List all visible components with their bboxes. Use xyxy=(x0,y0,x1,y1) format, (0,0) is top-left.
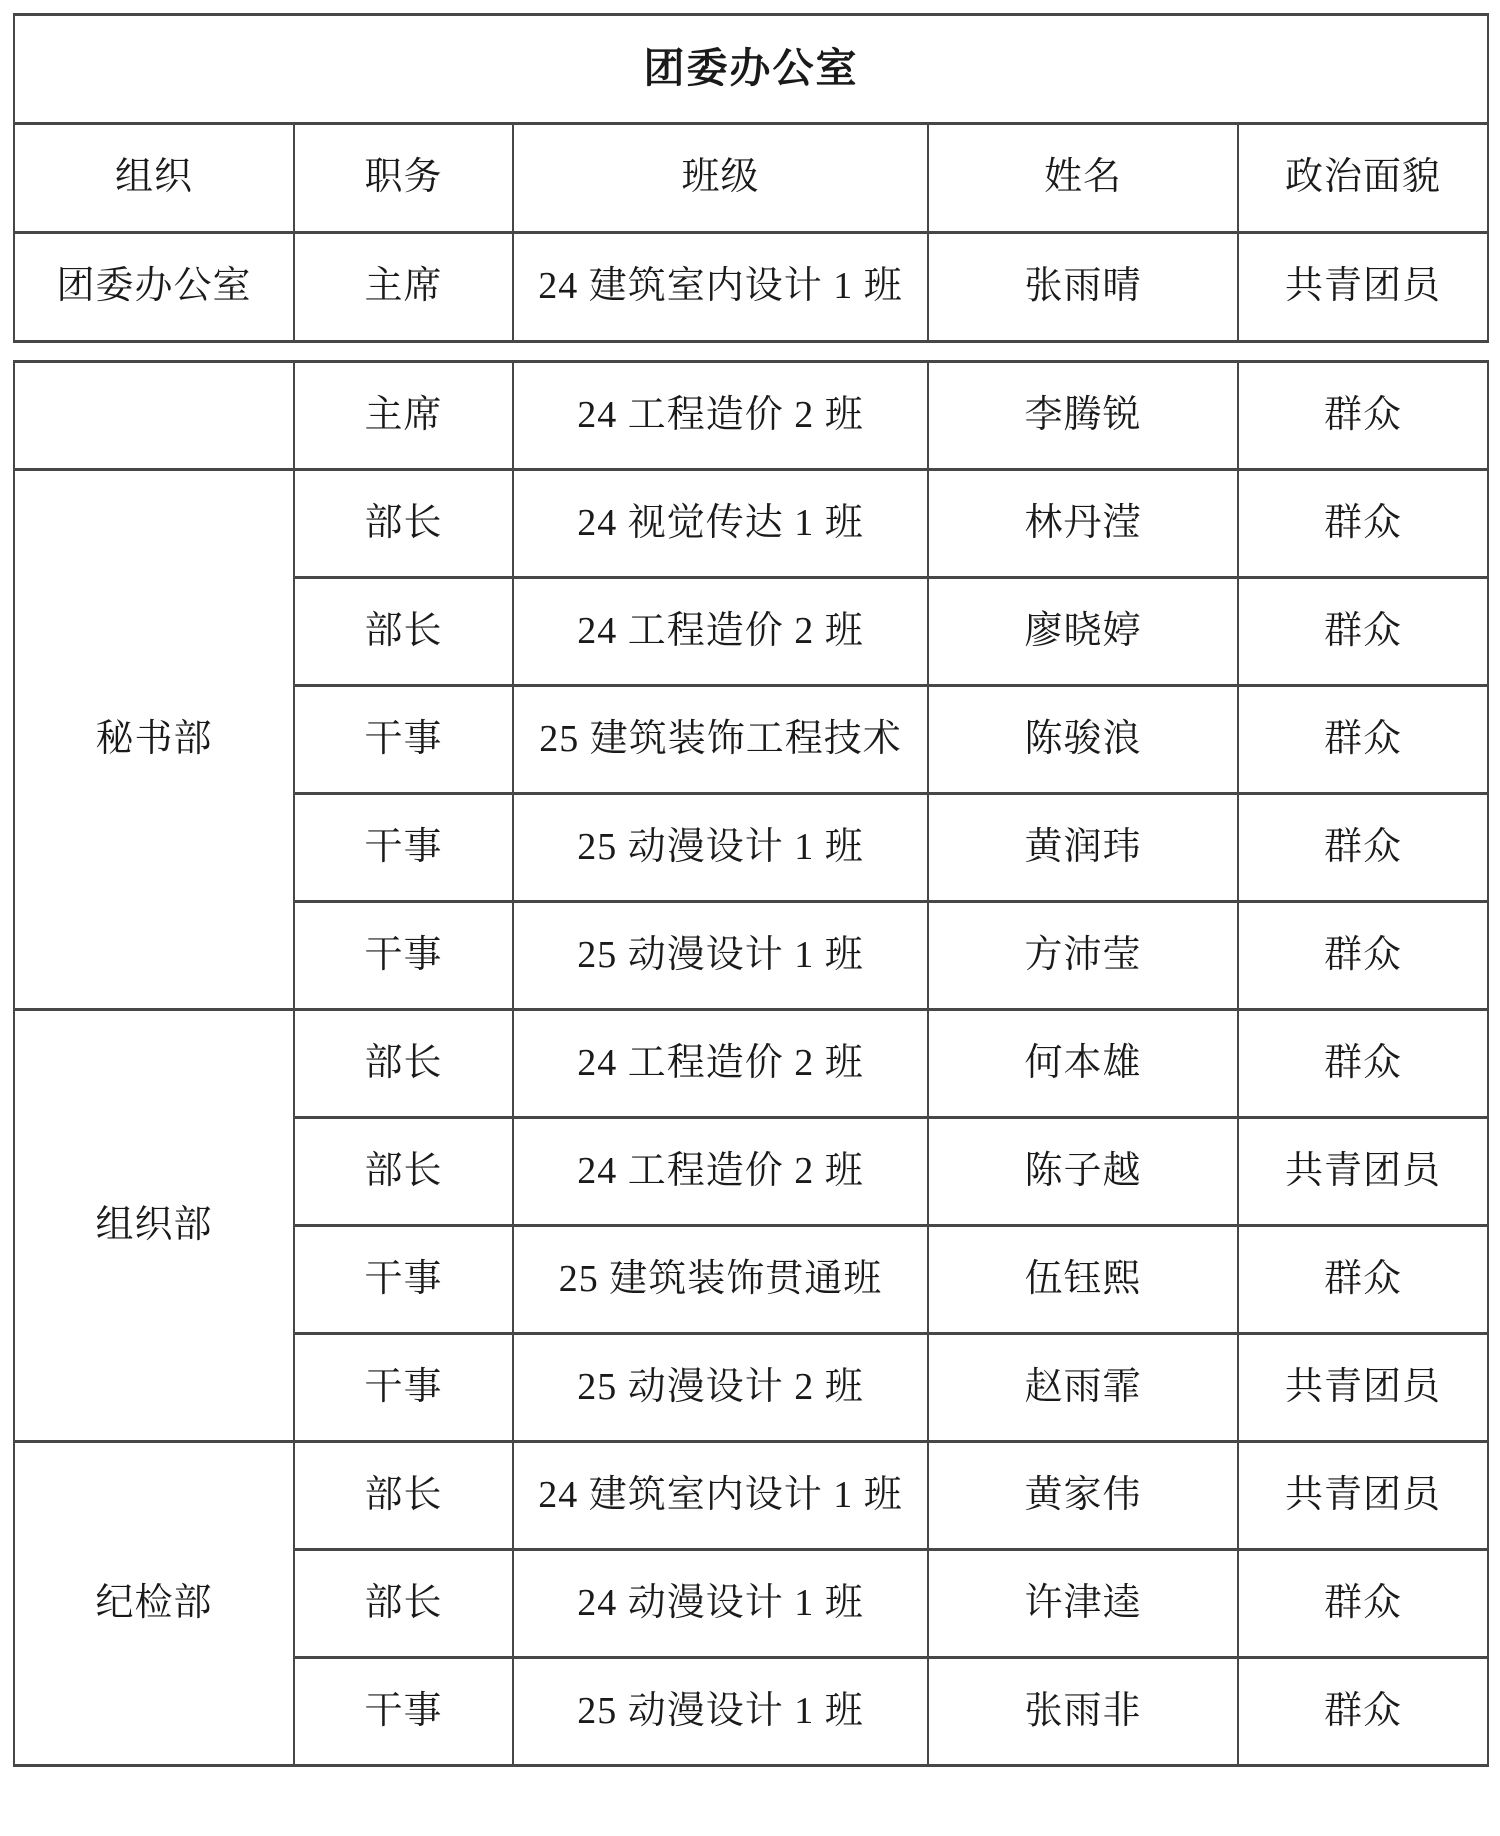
position-cell: 干事 xyxy=(294,1334,513,1442)
position-cell: 部长 xyxy=(294,578,513,686)
table-row: 主席 24 工程造价 2 班 李腾锐 群众 xyxy=(14,362,1488,470)
class-cell: 24 建筑室内设计 1 班 xyxy=(513,1442,928,1550)
political-status-cell: 群众 xyxy=(1238,1010,1488,1118)
column-header-row: 组织 职务 班级 姓名 政治面貌 xyxy=(14,124,1488,233)
class-cell: 24 工程造价 2 班 xyxy=(513,362,928,470)
name-cell: 黄家伟 xyxy=(928,1442,1238,1550)
name-cell: 许津逵 xyxy=(928,1550,1238,1658)
political-status-cell: 共青团员 xyxy=(1238,1442,1488,1550)
name-cell: 李腾锐 xyxy=(928,362,1238,470)
class-cell: 25 动漫设计 2 班 xyxy=(513,1334,928,1442)
org-cell: 团委办公室 xyxy=(14,233,294,342)
class-cell: 24 工程造价 2 班 xyxy=(513,1010,928,1118)
name-cell: 黄润玮 xyxy=(928,794,1238,902)
table-row: 团委办公室 主席 24 建筑室内设计 1 班 张雨晴 共青团员 xyxy=(14,233,1488,342)
class-cell: 24 建筑室内设计 1 班 xyxy=(513,233,928,342)
column-header-class: 班级 xyxy=(513,124,928,233)
table-row: 组织部 部长 24 工程造价 2 班 何本雄 群众 xyxy=(14,1010,1488,1118)
name-cell: 伍钰熙 xyxy=(928,1226,1238,1334)
political-status-cell: 群众 xyxy=(1238,794,1488,902)
position-cell: 部长 xyxy=(294,1010,513,1118)
position-cell: 主席 xyxy=(294,362,513,470)
document-sheet: 团委办公室 组织 职务 班级 姓名 政治面貌 团委办公室 主席 24 建筑室内设… xyxy=(0,0,1500,1767)
org-cell: 纪检部 xyxy=(14,1442,294,1766)
org-cell xyxy=(14,362,294,470)
table-row: 秘书部 部长 24 视觉传达 1 班 林丹滢 群众 xyxy=(14,470,1488,578)
org-cell: 秘书部 xyxy=(14,470,294,1010)
class-cell: 24 工程造价 2 班 xyxy=(513,578,928,686)
name-cell: 廖晓婷 xyxy=(928,578,1238,686)
name-cell: 林丹滢 xyxy=(928,470,1238,578)
name-cell: 张雨晴 xyxy=(928,233,1238,342)
name-cell: 陈子越 xyxy=(928,1118,1238,1226)
political-status-cell: 共青团员 xyxy=(1238,1334,1488,1442)
name-cell: 方沛莹 xyxy=(928,902,1238,1010)
class-cell: 24 工程造价 2 班 xyxy=(513,1118,928,1226)
name-cell: 赵雨霏 xyxy=(928,1334,1238,1442)
title-row: 团委办公室 xyxy=(14,15,1488,124)
committee-office-header-table: 团委办公室 组织 职务 班级 姓名 政治面貌 团委办公室 主席 24 建筑室内设… xyxy=(13,13,1489,343)
position-cell: 部长 xyxy=(294,1118,513,1226)
political-status-cell: 群众 xyxy=(1238,1658,1488,1766)
departments-roster-table: 主席 24 工程造价 2 班 李腾锐 群众 秘书部 部长 24 视觉传达 1 班… xyxy=(13,360,1489,1767)
name-cell: 何本雄 xyxy=(928,1010,1238,1118)
position-cell: 干事 xyxy=(294,1658,513,1766)
name-cell: 陈骏浪 xyxy=(928,686,1238,794)
class-cell: 24 视觉传达 1 班 xyxy=(513,470,928,578)
political-status-cell: 群众 xyxy=(1238,902,1488,1010)
political-status-cell: 共青团员 xyxy=(1238,233,1488,342)
political-status-cell: 群众 xyxy=(1238,686,1488,794)
org-cell: 组织部 xyxy=(14,1010,294,1442)
political-status-cell: 群众 xyxy=(1238,1550,1488,1658)
political-status-cell: 群众 xyxy=(1238,578,1488,686)
class-cell: 25 建筑装饰工程技术 xyxy=(513,686,928,794)
political-status-cell: 群众 xyxy=(1238,362,1488,470)
position-cell: 干事 xyxy=(294,902,513,1010)
position-cell: 部长 xyxy=(294,1550,513,1658)
column-header-org: 组织 xyxy=(14,124,294,233)
class-cell: 25 建筑装饰贯通班 xyxy=(513,1226,928,1334)
name-cell: 张雨非 xyxy=(928,1658,1238,1766)
position-cell: 干事 xyxy=(294,794,513,902)
class-cell: 25 动漫设计 1 班 xyxy=(513,1658,928,1766)
position-cell: 部长 xyxy=(294,1442,513,1550)
position-cell: 部长 xyxy=(294,470,513,578)
table-title: 团委办公室 xyxy=(14,15,1488,124)
column-header-name: 姓名 xyxy=(928,124,1238,233)
political-status-cell: 群众 xyxy=(1238,1226,1488,1334)
column-header-political-status: 政治面貌 xyxy=(1238,124,1488,233)
class-cell: 24 动漫设计 1 班 xyxy=(513,1550,928,1658)
table-row: 纪检部 部长 24 建筑室内设计 1 班 黄家伟 共青团员 xyxy=(14,1442,1488,1550)
class-cell: 25 动漫设计 1 班 xyxy=(513,794,928,902)
column-header-position: 职务 xyxy=(294,124,513,233)
position-cell: 干事 xyxy=(294,686,513,794)
position-cell: 干事 xyxy=(294,1226,513,1334)
political-status-cell: 共青团员 xyxy=(1238,1118,1488,1226)
table-gap xyxy=(13,343,1500,360)
position-cell: 主席 xyxy=(294,233,513,342)
political-status-cell: 群众 xyxy=(1238,470,1488,578)
class-cell: 25 动漫设计 1 班 xyxy=(513,902,928,1010)
